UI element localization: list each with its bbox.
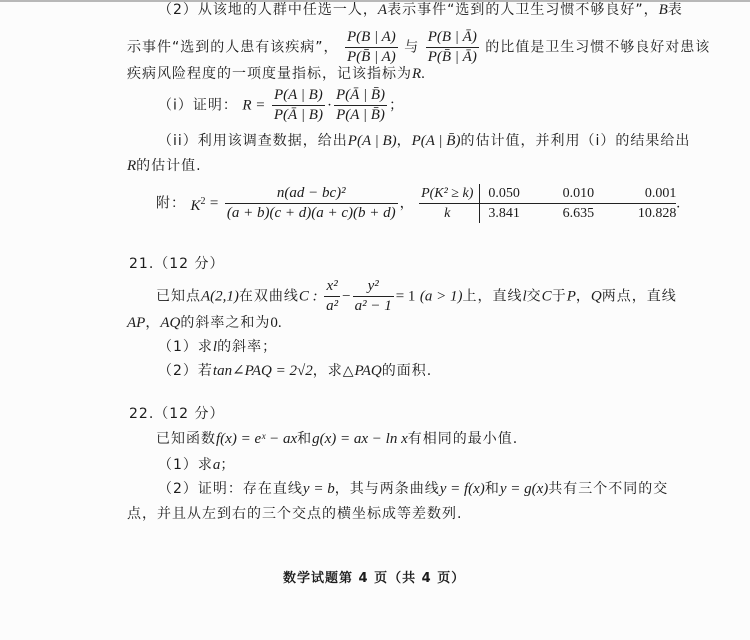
q20-part2-line2: 示事件“选到的人患有该疾病”， P(B | A)P(B̄ | A) 与 P(B … <box>127 28 710 67</box>
text: 两点，直线 <box>602 289 677 305</box>
minus: − <box>342 289 350 305</box>
numerator: n(ad − bc)² <box>225 184 398 204</box>
math: y = f(x) <box>440 481 485 497</box>
q22-line1: 已知函数f(x) = eˣ − ax和g(x) = ax − ln x有相同的最… <box>156 429 518 449</box>
table-cell: 0.001 <box>608 184 676 204</box>
text: . <box>278 315 282 331</box>
q20-sub-i: （i）证明： R = P(A | B)P(Ā | B)·P(Ā | B̄)P(A… <box>158 86 404 125</box>
text: 的估计值. <box>136 158 201 174</box>
exponent: 2 <box>200 196 205 207</box>
appendix-formula: 附： K2 = n(ad − bc)²(a + b)(c + d)(a + c)… <box>156 184 680 223</box>
math: g(x) = ax − ln x <box>312 431 408 447</box>
math-var: P <box>567 289 576 305</box>
math-var: A <box>378 2 387 18</box>
row-header: P(K² ≥ k) <box>419 184 480 204</box>
text: 于 <box>552 289 567 305</box>
denominator: P(A | B̄) <box>334 106 387 125</box>
table-cell: 0.010 <box>540 184 608 204</box>
text: ，其与两条曲线 <box>335 481 440 497</box>
denominator: a² − 1 <box>353 297 394 316</box>
fraction: P(A | B)P(Ā | B) <box>272 86 325 125</box>
math-var: C <box>542 289 552 305</box>
math: AQ <box>160 315 180 331</box>
table-cell: 10.828 <box>608 204 676 224</box>
q21-line2: AP，AQ的斜率之和为0. <box>127 313 282 333</box>
denominator: P(Ā | B) <box>272 106 325 125</box>
page-footer: 数学试题第 4 页（共 4 页） <box>283 567 465 586</box>
text: 与 <box>404 40 419 56</box>
q22-title: 22.（12 分） <box>129 404 225 424</box>
text: ； <box>220 457 235 473</box>
question-number: 22.（12 分） <box>129 406 225 422</box>
text: ，求△ <box>313 363 355 379</box>
q22-part1: （1）求a； <box>158 455 235 475</box>
text: 和 <box>297 431 312 447</box>
text: （2）从该地的人群中任选一人， <box>158 2 378 18</box>
text: ； <box>389 98 404 114</box>
q20-sub-ii-line1: （ii）利用该调查数据，给出P(A | B)，P(A | B̄)的估计值，并利用… <box>158 131 690 151</box>
numerator: P(Ā | B̄) <box>334 86 387 106</box>
denominator: a² <box>324 297 340 316</box>
math: 0 <box>270 315 278 331</box>
text: ， <box>576 289 591 305</box>
math-var: R <box>412 66 421 82</box>
denominator: (a + b)(c + d)(a + c)(b + d) <box>225 204 398 223</box>
text: 的比值是卫生习惯不够良好对患该 <box>485 40 710 56</box>
numerator: y² <box>353 277 394 297</box>
text: 在双曲线 <box>239 289 299 305</box>
text: 疾病风险程度的一项度量指标，记该指标为 <box>127 66 412 82</box>
q20-part2-line1: （2）从该地的人群中任选一人，A表示事件“选到的人卫生习惯不够良好”，B表 <box>158 0 683 20</box>
q21-part2: （2）若tan∠PAQ = 2√2，求△PAQ的面积. <box>158 361 432 381</box>
q21-part1: （1）求l的斜率； <box>158 337 277 357</box>
q20-part2-line3: 疾病风险程度的一项度量指标，记该指标为R. <box>127 64 425 84</box>
text: （2）若 <box>158 363 213 379</box>
text: 已知点 <box>156 289 201 305</box>
text: 交 <box>527 289 542 305</box>
denominator: P(B̄ | Ā) <box>426 48 479 67</box>
question-number: 21.（12 分） <box>129 256 225 272</box>
text: （i）证明： <box>158 98 238 114</box>
q22-line3: 点，并且从左到右的三个交点的横坐标成等差数列. <box>127 504 462 524</box>
math: P(A | B̄) <box>412 133 461 149</box>
fraction: P(Ā | B̄)P(A | B̄) <box>334 86 387 125</box>
q22-part2: （2）证明：存在直线y = b，其与两条曲线y = f(x)和y = g(x)共… <box>158 479 668 499</box>
text: . <box>676 196 680 212</box>
math: AP <box>127 315 145 331</box>
fraction-ratio-A: P(B | A)P(B̄ | A) <box>345 28 398 67</box>
numerator: P(B | A) <box>345 28 398 48</box>
math-var: K <box>190 198 200 214</box>
text: 共有三个不同的交 <box>548 481 668 497</box>
text: 的斜率； <box>217 339 277 355</box>
text: 有相同的最小值. <box>408 431 518 447</box>
numerator: P(A | B) <box>272 86 325 106</box>
table-row: P(K² ≥ k) 0.050 0.010 0.001 <box>419 184 676 204</box>
numerator: x² <box>324 277 340 297</box>
text: 表示事件“选到的人卫生习惯不够良好”， <box>387 2 659 18</box>
fraction: y²a² − 1 <box>353 277 394 316</box>
math-var: B <box>659 2 668 18</box>
text: （2）证明：存在直线 <box>158 481 303 497</box>
math-var: Q <box>591 289 602 305</box>
equals: = <box>210 196 218 212</box>
math: = 1 <box>396 289 416 305</box>
text: 点，并且从左到右的三个交点的横坐标成等差数列. <box>127 506 462 522</box>
table-cell: 0.050 <box>480 184 541 204</box>
text: （ii）利用该调查数据，给出 <box>158 133 348 149</box>
text: ， <box>145 315 160 331</box>
math: P(A | B) <box>348 133 397 149</box>
text: ， <box>400 196 415 212</box>
numerator: P(B | Ā) <box>426 28 479 48</box>
q20-sub-ii-line2: R的估计值. <box>127 156 202 176</box>
math: (a > 1) <box>420 289 463 305</box>
math: y = g(x) <box>500 481 548 497</box>
text: （1）求 <box>158 339 213 355</box>
math: tan∠PAQ = 2√2 <box>213 363 313 379</box>
table-row: k 3.841 6.635 10.828 <box>419 204 676 224</box>
math: R = <box>242 98 265 114</box>
fraction-ratio-not-A: P(B | Ā)P(B̄ | Ā) <box>426 28 479 67</box>
text: 的面积. <box>382 363 432 379</box>
critical-value-table: P(K² ≥ k) 0.050 0.010 0.001 k 3.841 6.63… <box>419 184 676 223</box>
k-squared: K2 <box>190 198 205 214</box>
k-squared-formula: n(ad − bc)²(a + b)(c + d)(a + c)(b + d) <box>225 184 398 223</box>
text: ， <box>397 133 412 149</box>
q21-line1: 已知点A(2,1)在双曲线C : x²a²−y²a² − 1= 1 (a > 1… <box>156 277 677 316</box>
dot: · <box>327 98 332 114</box>
text: 的估计值，并利用（i）的结果给出 <box>460 133 690 149</box>
math: y = b <box>303 481 335 497</box>
fraction: x²a² <box>324 277 340 316</box>
text: （1）求 <box>158 457 213 473</box>
math: A(2,1) <box>201 289 239 305</box>
text: 的斜率之和为 <box>180 315 270 331</box>
math: f(x) = eˣ − ax <box>216 431 297 447</box>
text: 和 <box>485 481 500 497</box>
text: . <box>421 66 425 82</box>
text: 附： <box>156 196 186 212</box>
text: 上，直线 <box>463 289 523 305</box>
row-header: k <box>419 204 480 224</box>
q21-title: 21.（12 分） <box>129 254 225 274</box>
math-var: R <box>127 158 136 174</box>
math: PAQ <box>355 363 382 379</box>
text: 表 <box>668 2 683 18</box>
text: 示事件“选到的人患有该疾病”， <box>127 40 339 56</box>
table-cell: 3.841 <box>480 204 541 224</box>
text: 已知函数 <box>156 431 216 447</box>
math: C : <box>299 289 318 305</box>
table-cell: 6.635 <box>540 204 608 224</box>
